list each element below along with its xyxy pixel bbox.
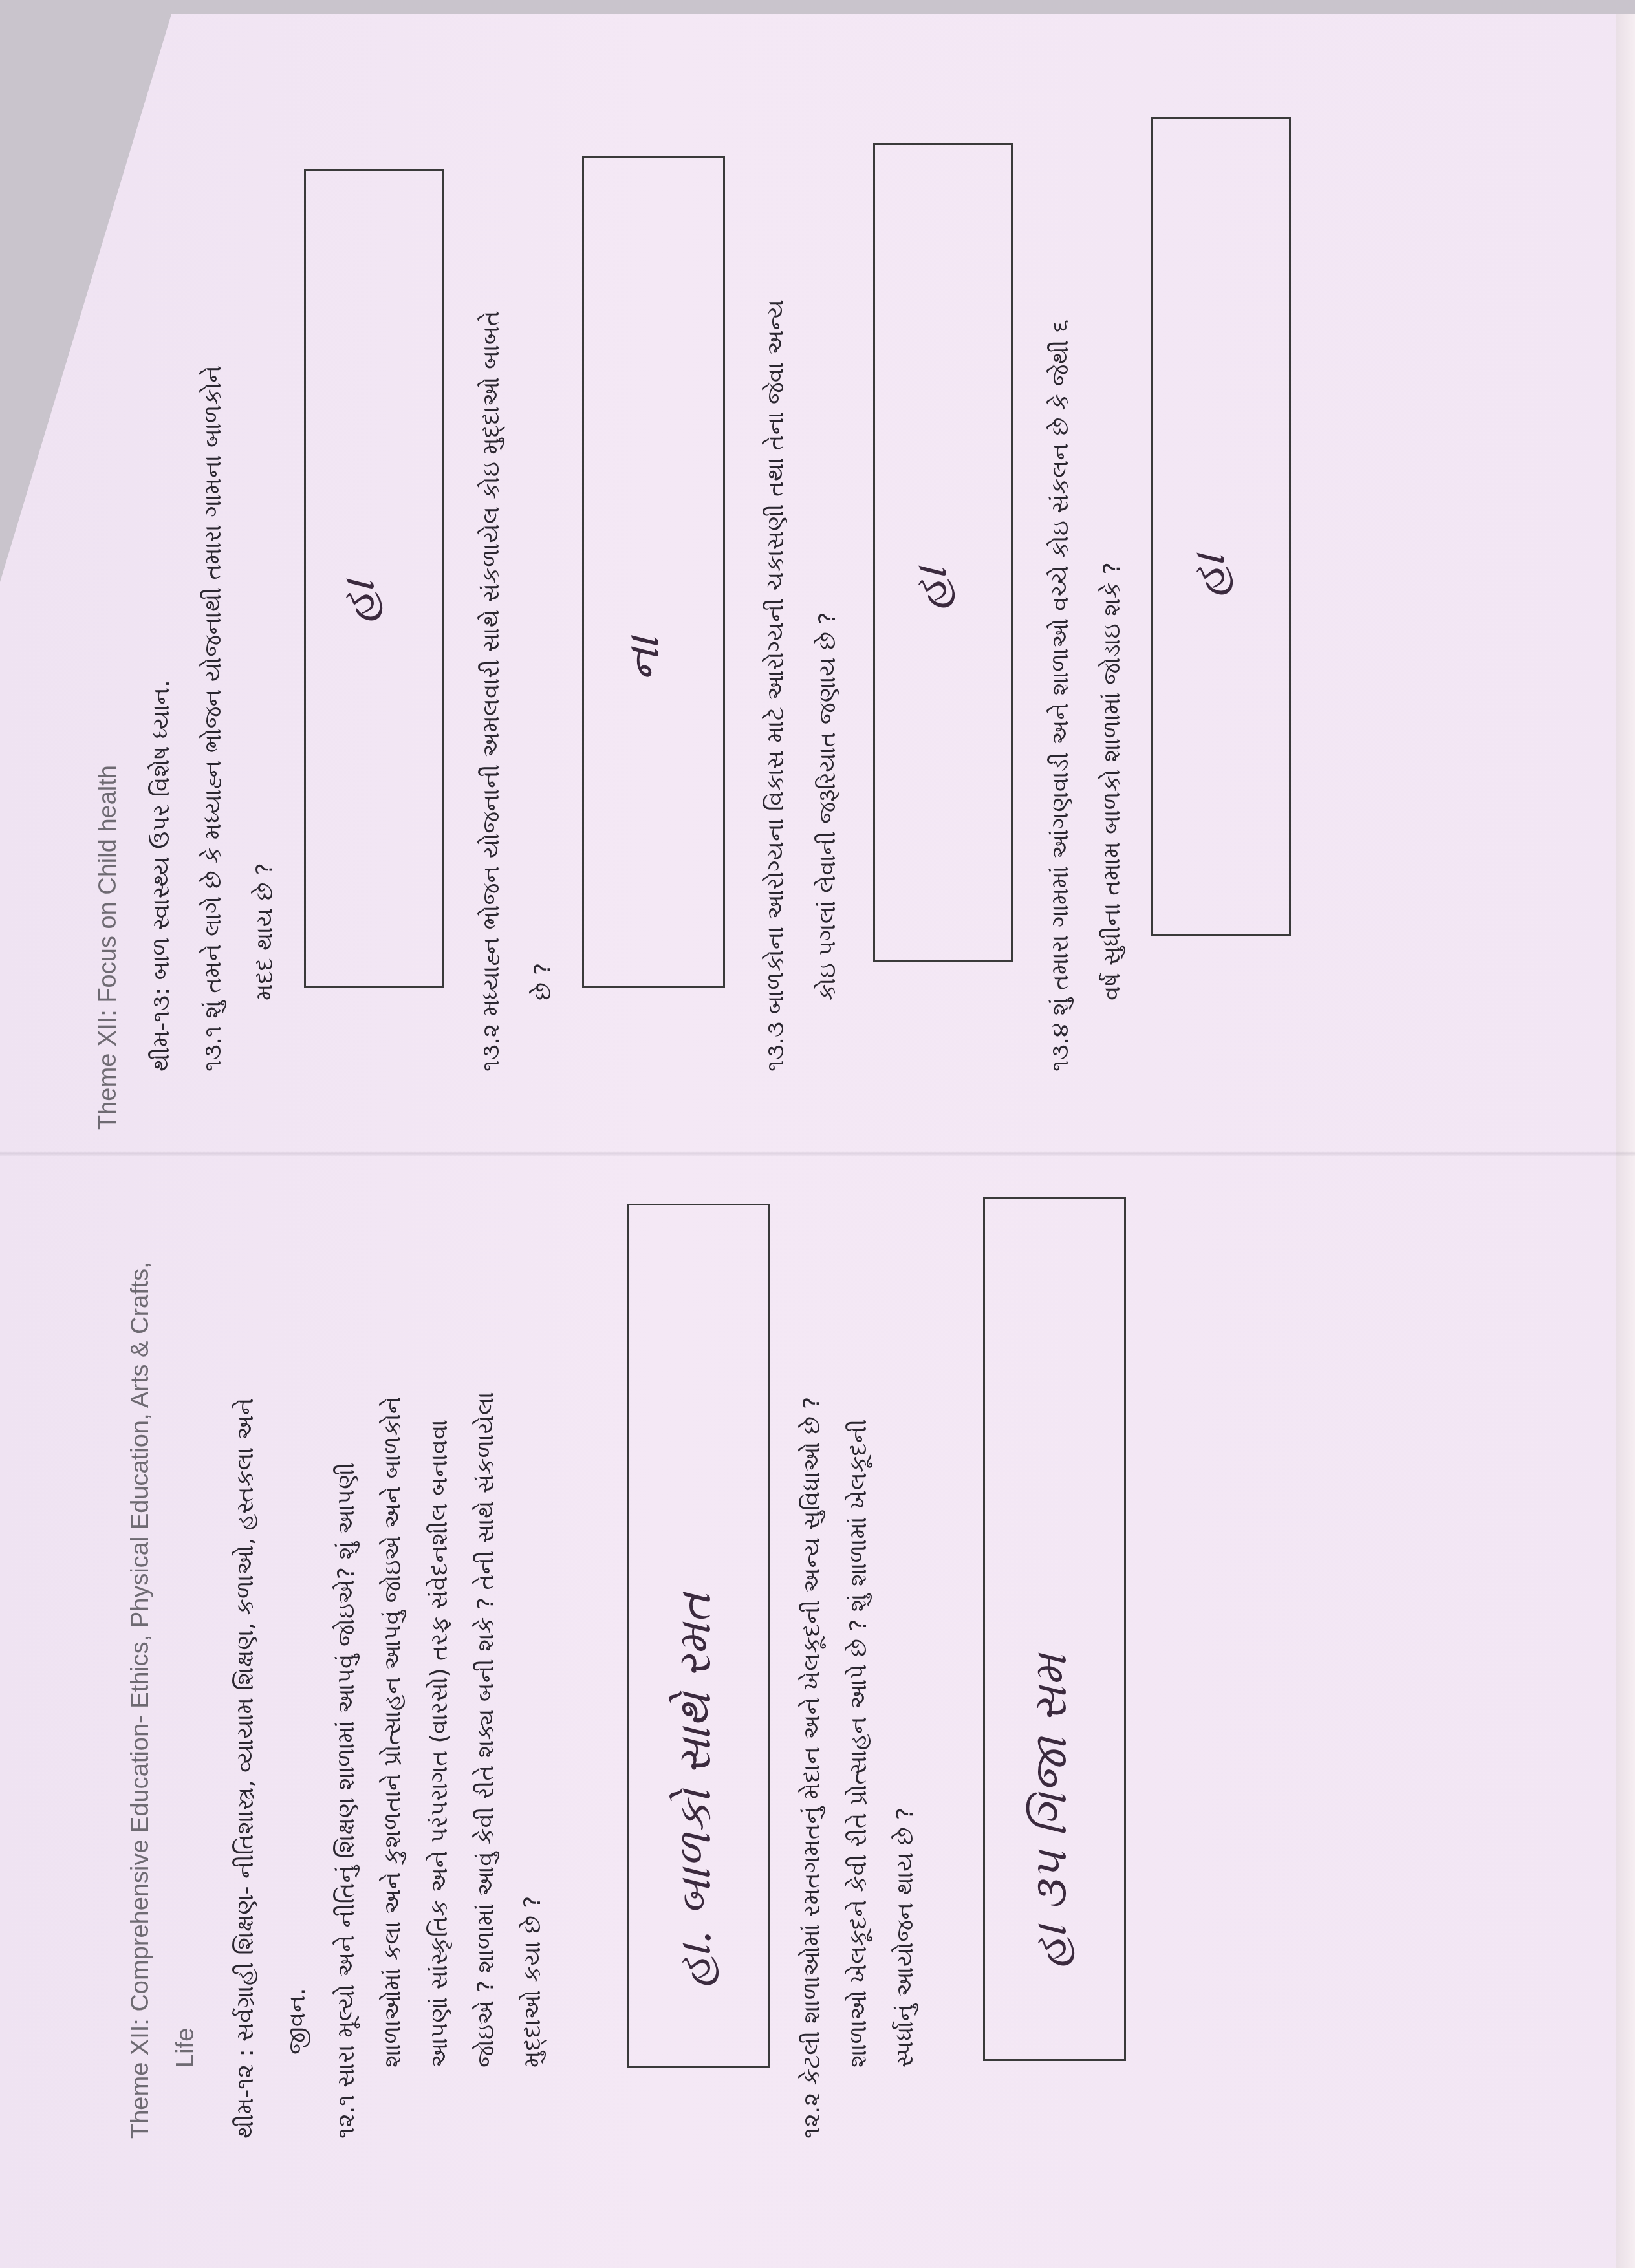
right-page: Theme XII: Focus on Child health થીમ-૧૩:… [0, 0, 1635, 1130]
answer-box-12-2[interactable]: હા ૩૫ ગિજા સમ [983, 1197, 1126, 2061]
handwritten-answer: ના [616, 637, 670, 682]
question-line: સ્પર્ધાનું આયોજન થાય છે ? [882, 1397, 929, 2139]
question-line: ૧૩.૧ શું તમને લાગે છે કે મધ્યાહ્ન ભોજન ય… [188, 365, 239, 1072]
question-line: વર્ષ સુધીના તમામ બાળકો શાળામાં જોડાઇ શકે… [1087, 319, 1138, 1072]
handwritten-answer: હા. બાળકો સાથે રમત [668, 1593, 722, 1988]
theme-title: Theme XII: Comprehensive Education- Ethi… [123, 1262, 158, 2139]
question-line: ૧૩.૪ શું તમારા ગામમાં આંગણવાડી અને શાળાઓ… [1035, 319, 1087, 1072]
question-line: ૧૩.૨ મધ્યાહ્ન ભોજન યોજનાની અમલવારી સાથે … [466, 310, 517, 1072]
question-line: ૧૩.૩ બાળકોના આરોગ્યના વિકાસ માટે આરોગ્યન… [750, 299, 802, 1072]
question-13-1: ૧૩.૧ શું તમને લાગે છે કે મધ્યાહ્ન ભોજન ય… [188, 365, 291, 1072]
handwritten-answer: હા [332, 580, 385, 623]
question-12-2: ૧૨.૨ કેટલી શાળાઓમાં રમતગમતનું મેદાન અને … [789, 1397, 929, 2139]
scanned-sheet: Theme XII: Comprehensive Education- Ethi… [0, 0, 1635, 2268]
question-line: છે ? [517, 310, 569, 1072]
answer-box-13-3[interactable]: હા [873, 143, 1013, 962]
question-line: ૧૨.૧ સારા મૂલ્યો અને નીતિનું શિક્ષણ શાળા… [323, 1392, 370, 2139]
left-page: Theme XII: Comprehensive Education- Ethi… [0, 1136, 1635, 2268]
question-line: શાળાઓ ખેલકૂદને કેવી રીતે પ્રોત્સાહન આપે … [836, 1397, 882, 2139]
question-line: શાળાઓમાં કલા અને કુશળતાને પ્રોત્સાહન આપવ… [370, 1392, 417, 2139]
answer-box-12-1[interactable]: હા. બાળકો સાથે રમત [627, 1204, 770, 2068]
theme-title-continued: Life [168, 2028, 203, 2068]
question-line: કોઇ પગલાં લેવાની જરૂરિયાત જણાય છે ? [802, 299, 854, 1072]
handwritten-answer: હા [1182, 554, 1236, 598]
handwritten-answer: હા ૩૫ ગિજા સમ [1024, 1654, 1077, 1969]
question-13-4: ૧૩.૪ શું તમારા ગામમાં આંગણવાડી અને શાળાઓ… [1035, 319, 1138, 1072]
answer-box-13-4[interactable]: હા [1151, 117, 1291, 936]
answer-box-13-1[interactable]: હા [304, 169, 444, 988]
question-line: આપણાં સાંસ્કૃતિક અને પરંપરાગત (વારસો) તર… [417, 1392, 463, 2139]
question-line: મુદ્દાઓ કયા છે ? [510, 1392, 556, 2139]
question-12-1: ૧૨.૧ સારા મૂલ્યો અને નીતિનું શિક્ષણ શાળા… [323, 1392, 556, 2139]
handwritten-answer: હા [904, 567, 958, 610]
rotated-page-content: Theme XII: Comprehensive Education- Ethi… [0, 0, 1635, 2268]
question-line: મદદ થાય છે ? [239, 365, 291, 1072]
question-13-3: ૧૩.૩ બાળકોના આરોગ્યના વિકાસ માટે આરોગ્યન… [750, 299, 854, 1072]
theme-title: Theme XII: Focus on Child health [91, 765, 125, 1130]
section-heading-continued: જીવન. [265, 1988, 330, 2055]
question-line: ૧૨.૨ કેટલી શાળાઓમાં રમતગમતનું મેદાન અને … [789, 1397, 836, 2139]
section-heading: થીમ-૧૩: બાળ સ્વાસ્થ્ય ઉપર વિશેષ ધ્યાન. [129, 680, 194, 1072]
question-13-2: ૧૩.૨ મધ્યાહ્ન ભોજન યોજનાની અમલવારી સાથે … [466, 310, 569, 1072]
question-line: જોઇએ ? શાળામાં આવું કેવી રીતે શક્ય બની શ… [463, 1392, 510, 2139]
answer-box-13-2[interactable]: ના [582, 156, 725, 988]
